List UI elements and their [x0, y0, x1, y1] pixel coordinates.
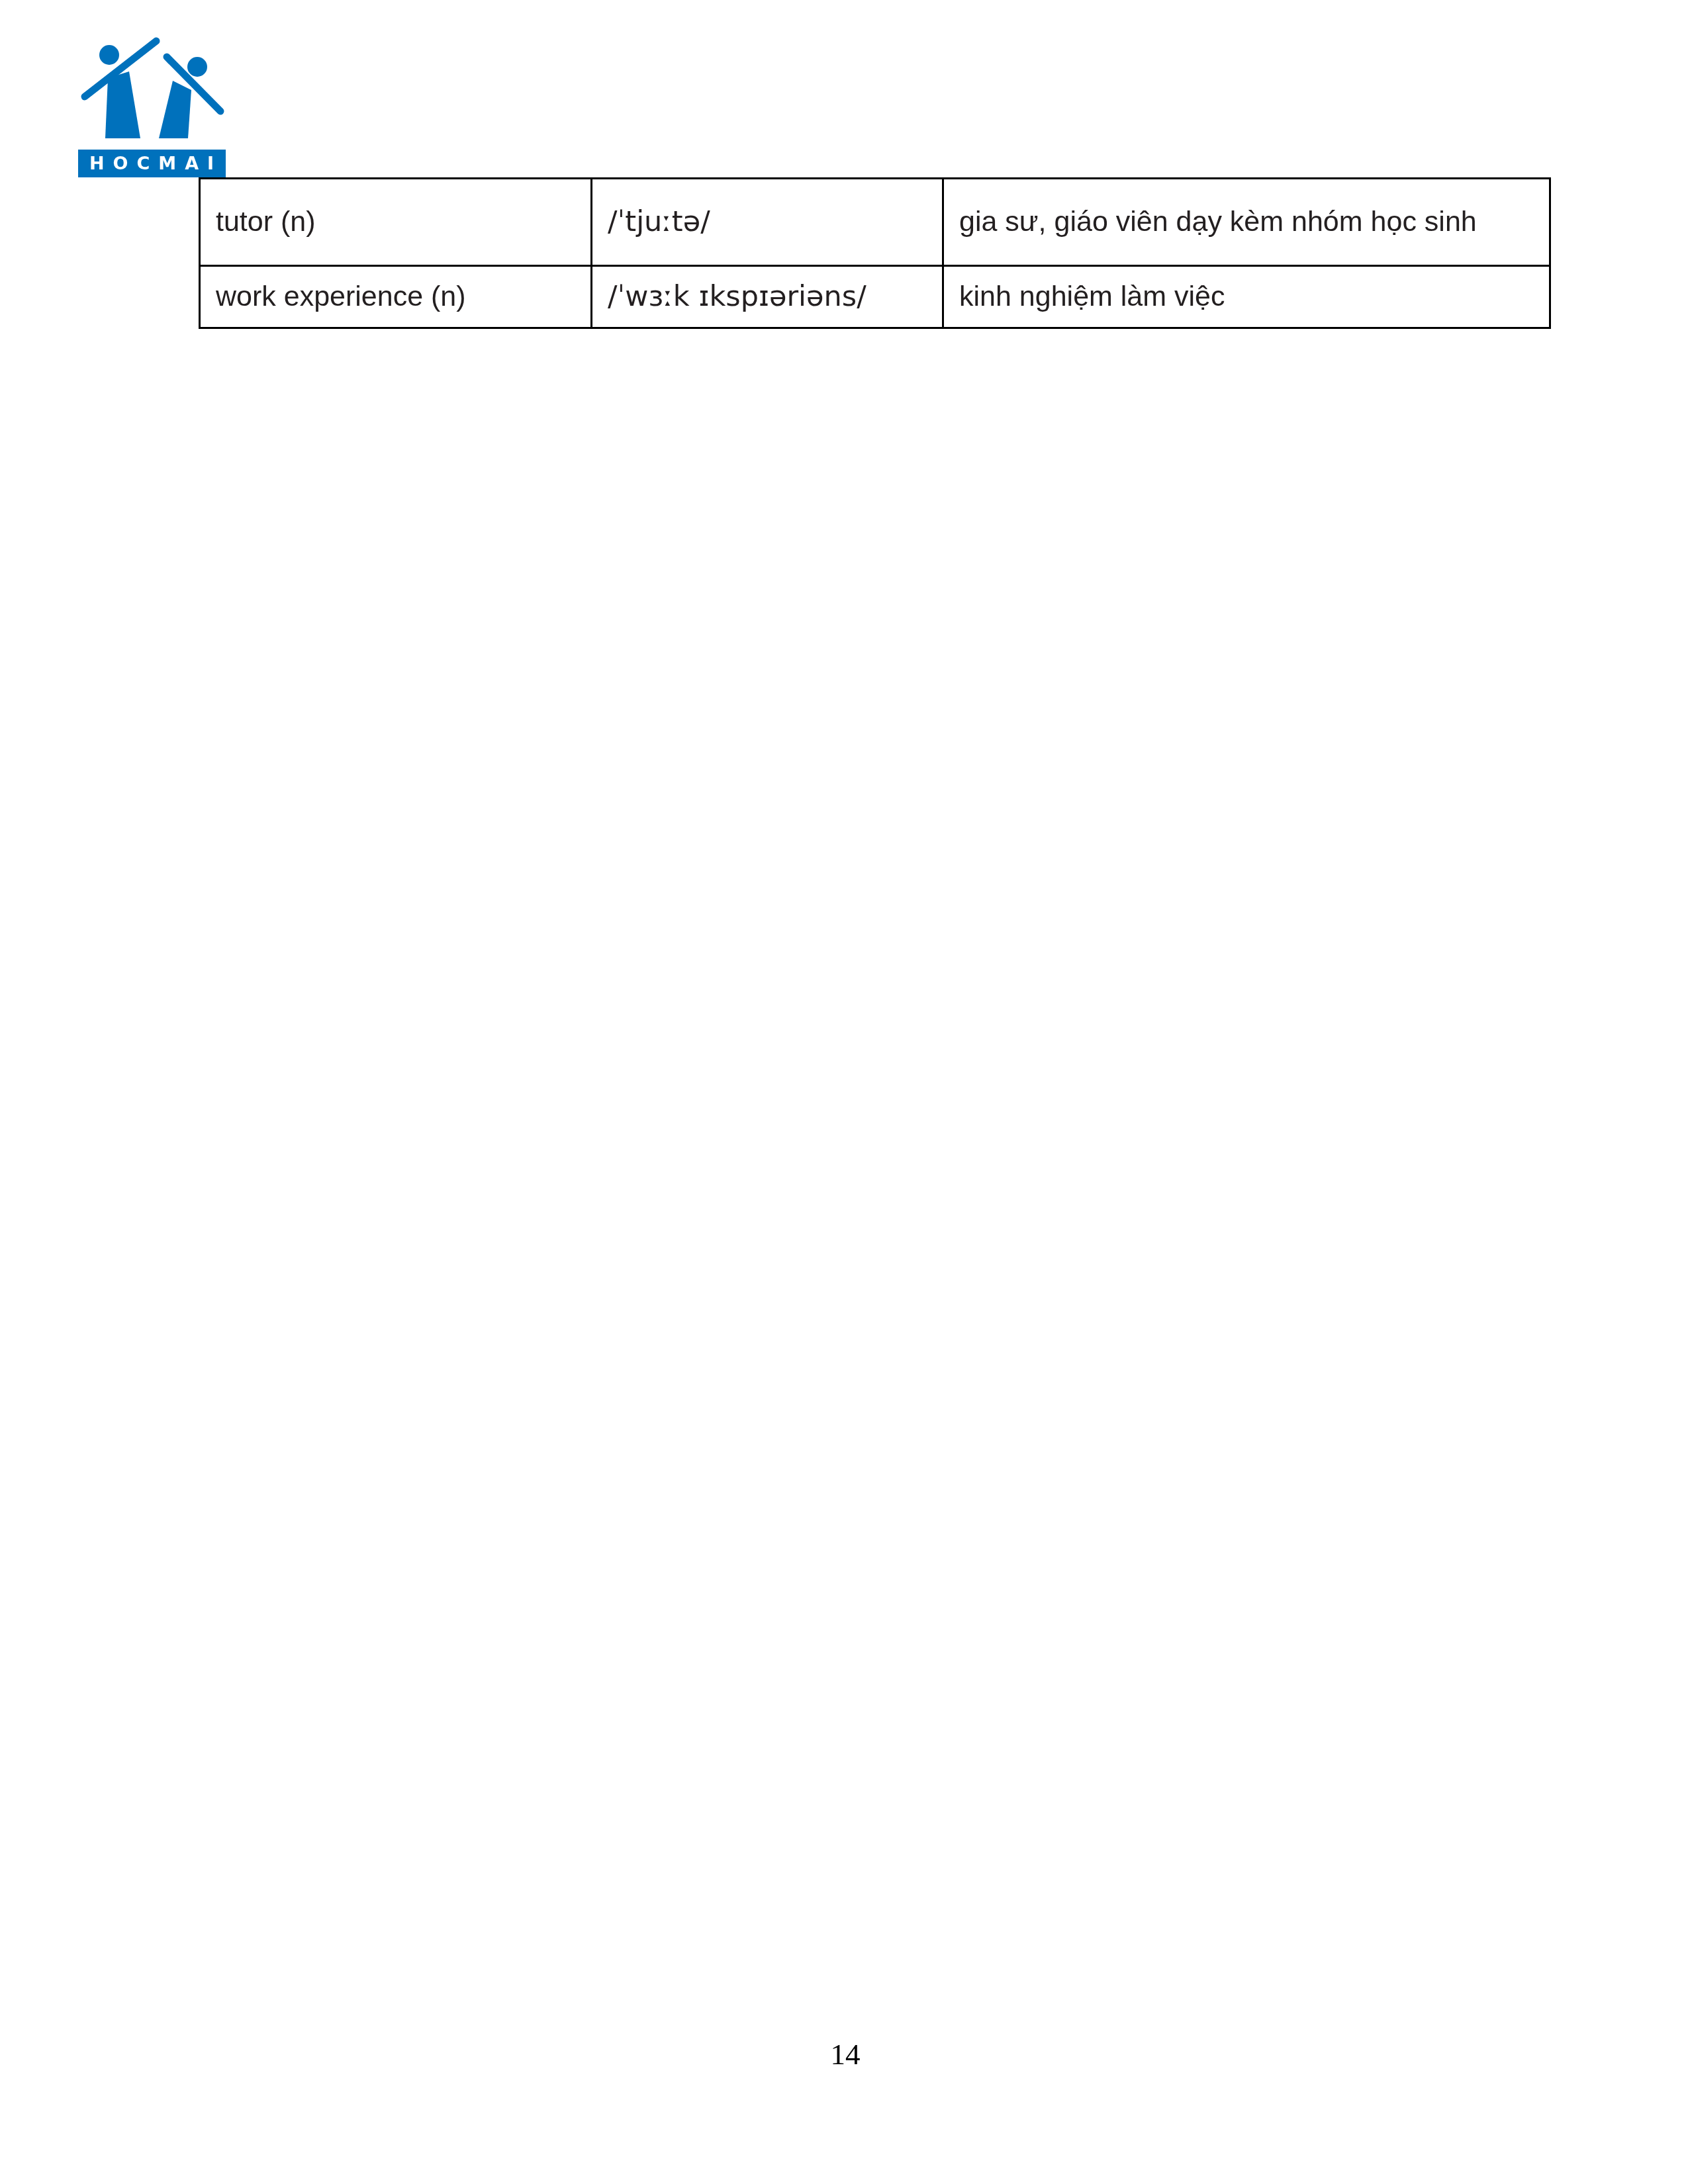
- word-cell: tutor (n): [200, 179, 592, 266]
- word-cell: work experience (n): [200, 266, 592, 328]
- pronunciation-cell: /ˈwɜːk ɪkspɪəriəns/: [592, 266, 943, 328]
- table-row: tutor (n) /ˈtjuːtə/ gia sư, giáo viên dạ…: [200, 179, 1550, 266]
- pronunciation-cell: /ˈtjuːtə/: [592, 179, 943, 266]
- meaning-cell: gia sư, giáo viên dạy kèm nhóm học sinh: [943, 179, 1550, 266]
- meaning-cell: kinh nghiệm làm việc: [943, 266, 1550, 328]
- table-row: work experience (n) /ˈwɜːk ɪkspɪəriəns/ …: [200, 266, 1550, 328]
- hocmai-logo: HOCMAI: [78, 34, 228, 177]
- page-number: 14: [794, 2037, 896, 2071]
- vocabulary-table: tutor (n) /ˈtjuːtə/ gia sư, giáo viên dạ…: [199, 177, 1551, 329]
- logo-wordmark: HOCMAI: [78, 150, 226, 177]
